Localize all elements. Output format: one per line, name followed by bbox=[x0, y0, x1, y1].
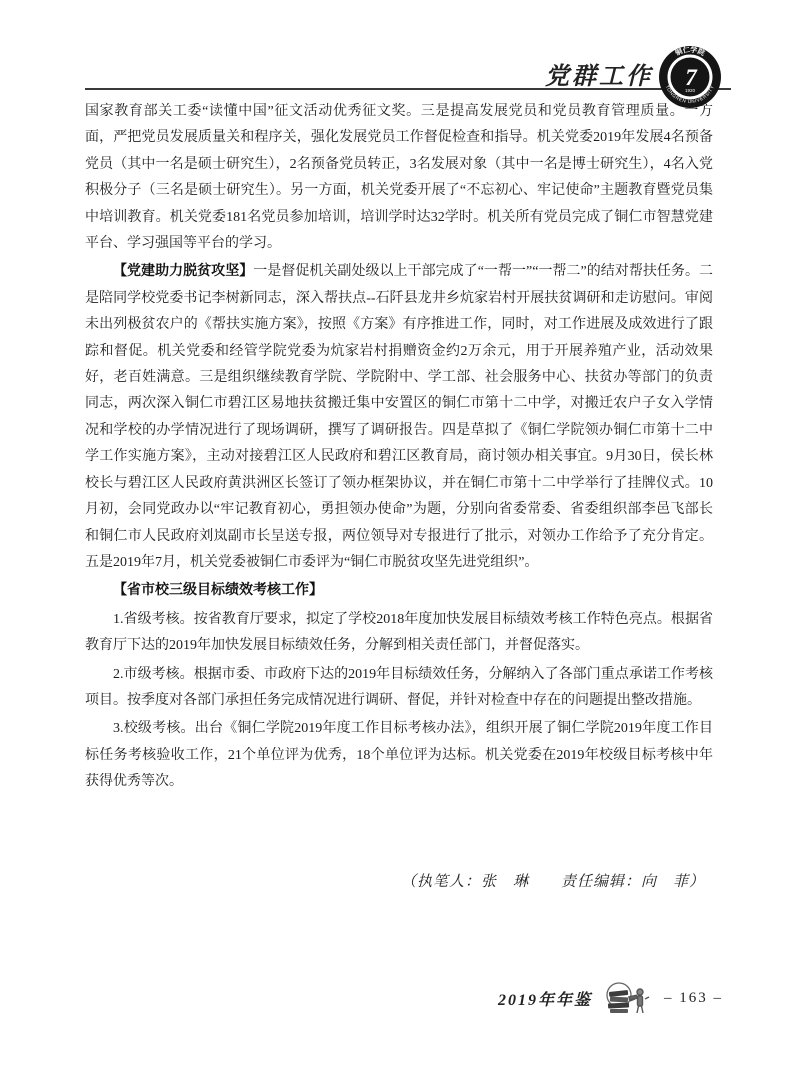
paragraph-text: 国家教育部关工委“读懂中国”征文活动优秀征文奖。三是提高发展党员和党员教育管理质… bbox=[85, 104, 713, 251]
paragraph-municipal-assessment: 2.市级考核。根据市委、市政府下达的2019年目标绩效任务，分解纳入了各部门重点… bbox=[85, 660, 713, 715]
page-footer: 2019年年鉴 bbox=[498, 980, 723, 1016]
paragraph-party-poverty: 【党建助力脱贫攻坚】一是督促机关副处级以上干部完成了“一帮一”“一帮二”的结对帮… bbox=[85, 257, 713, 576]
paragraph-text: 2.市级考核。根据市委、市政府下达的2019年目标绩效任务，分解纳入了各部门重点… bbox=[85, 667, 713, 708]
section-title: 党群工作 bbox=[545, 56, 653, 91]
yearbook-page: 党群工作 铜仁学院 TONGREN UNIVERSITY 7 1920 国家教育… bbox=[0, 0, 793, 1077]
seal-year: 1920 bbox=[685, 88, 696, 93]
paragraph-provincial-assessment: 1.省级考核。按省教育厅要求，拟定了学校2018年度加快发展目标绩效考核工作特色… bbox=[85, 605, 713, 660]
page-number: – 163 – bbox=[664, 990, 723, 1007]
byline: （执笔人：张 琳 责任编辑：向 菲） bbox=[401, 870, 705, 891]
section-heading-assessment: 【省市校三级目标绩效考核工作】 bbox=[85, 576, 713, 604]
paragraph-label: 【党建助力脱贫攻坚】 bbox=[113, 262, 253, 278]
paragraph-label: 【省市校三级目标绩效考核工作】 bbox=[113, 581, 323, 597]
page-body: 国家教育部关工委“读懂中国”征文活动优秀征文奖。三是提高发展党员和党员教育管理质… bbox=[85, 97, 713, 796]
paragraph-continuation: 国家教育部关工委“读懂中国”征文活动优秀征文奖。三是提高发展党员和党员教育管理质… bbox=[85, 97, 713, 257]
books-stack-ornament-icon bbox=[602, 980, 654, 1016]
yearbook-title: 2019年年鉴 bbox=[498, 987, 592, 1010]
seal-center-glyph: 7 bbox=[685, 65, 698, 90]
paragraph-text: 一是督促机关副处级以上干部完成了“一帮一”“一帮二”的结对帮扶任务。二是陪同学校… bbox=[85, 264, 713, 569]
paragraph-text: 3.校级考核。出台《铜仁学院2019年度工作目标考核办法》，组织开展了铜仁学院2… bbox=[85, 721, 713, 789]
paragraph-school-assessment: 3.校级考核。出台《铜仁学院2019年度工作目标考核办法》，组织开展了铜仁学院2… bbox=[85, 714, 713, 795]
paragraph-text: 1.省级考核。按省教育厅要求，拟定了学校2018年度加快发展目标绩效考核工作特色… bbox=[85, 612, 713, 653]
